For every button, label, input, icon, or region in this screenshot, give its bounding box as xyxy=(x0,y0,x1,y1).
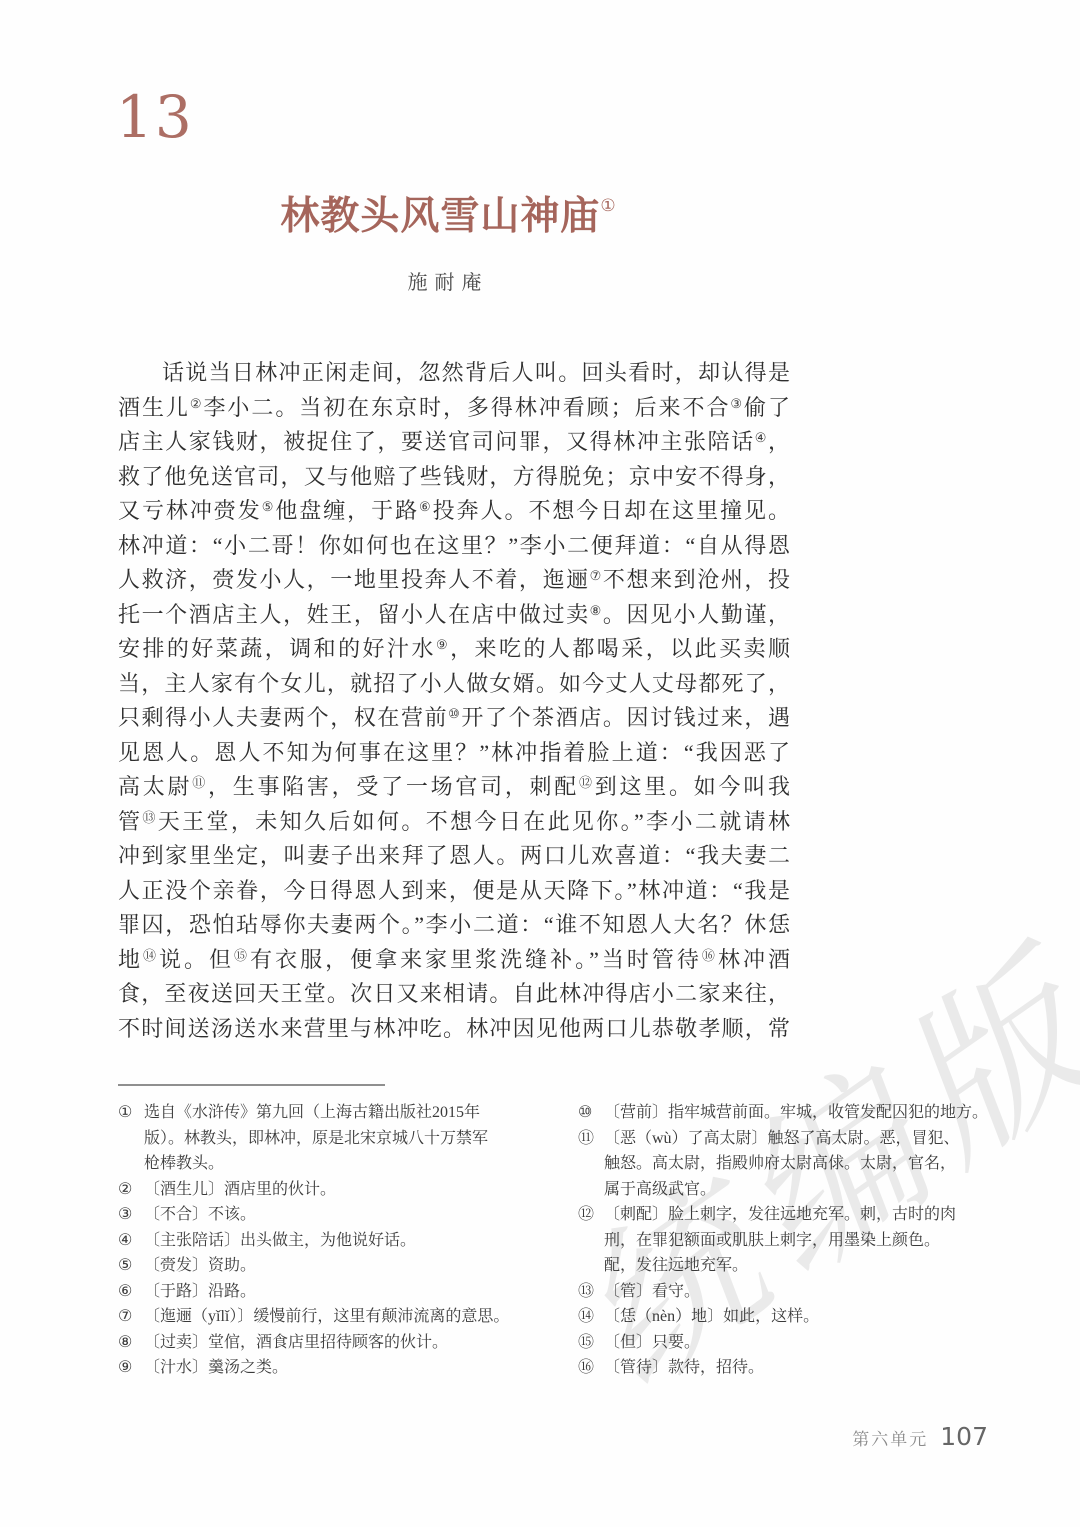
footnote-section: ①选自《水浒传》第九回（上海古籍出版社2015年版）。林教头，即林冲，原是北宋京… xyxy=(118,1100,998,1381)
body-line: 托一个酒店主人，姓王，留小人在店中做过卖⑧。因见小人勤谨， xyxy=(118,598,790,633)
body-line: 酒生儿②李小二。当初在东京时，多得林冲看顾；后来不合③偷了 xyxy=(118,391,790,426)
body-line: 人正没个亲眷，今日得恩人到来，便是从天降下。”林冲道：“我是 xyxy=(118,874,790,909)
footnote-number: ⑭ xyxy=(578,1304,604,1330)
footnote-number: ⑧ xyxy=(118,1330,144,1356)
footnote-divider xyxy=(118,1084,385,1086)
footnote-item: ⑥〔于路〕沿路。 xyxy=(118,1279,518,1305)
footnote-number: ⑪ xyxy=(578,1126,604,1152)
footnote-number: ⑫ xyxy=(578,1202,604,1228)
footnote-number: ② xyxy=(118,1177,144,1203)
footnote-text: 〔汁水〕羹汤之类。 xyxy=(144,1355,518,1381)
footnote-item: ⑭〔恁（nèn）地〕如此，这样。 xyxy=(578,1304,998,1330)
footnote-line: 〔但〕只要。 xyxy=(604,1330,998,1356)
footnote-line: 〔刺配〕脸上刺字，发往远地充军。刺，古时的肉 xyxy=(604,1202,998,1228)
footnote-number: ⑤ xyxy=(118,1253,144,1279)
footnote-line: 〔过卖〕堂倌，酒食店里招待顾客的伙计。 xyxy=(144,1330,518,1356)
footnote-item: ⑩〔营前〕指牢城营前面。牢城，收管发配囚犯的地方。 xyxy=(578,1100,998,1126)
footnote-line: 〔管待〕款待，招待。 xyxy=(604,1355,998,1381)
footnote-marker: ⑩ xyxy=(448,706,461,721)
footnote-marker: ⑨ xyxy=(436,637,450,652)
footnote-item: ⑫〔刺配〕脸上刺字，发往远地充军。刺，古时的肉刑，在罪犯额面或肌肤上刺字，用墨染… xyxy=(578,1202,998,1279)
footnote-number: ⑨ xyxy=(118,1355,144,1381)
footnote-line: 配，发往远地充军。 xyxy=(604,1253,998,1279)
body-line: 店主人家钱财，被捉住了，要送官司问罪，又得林冲主张陪话④， xyxy=(118,425,790,460)
footnote-text: 〔不合〕不该。 xyxy=(144,1202,518,1228)
page-footer: 第六单元 107 xyxy=(852,1422,988,1451)
footnote-number: ④ xyxy=(118,1228,144,1254)
body-text: 话说当日林冲正闲走间，忽然背后人叫。回头看时，却认得是酒生儿②李小二。当初在东京… xyxy=(118,356,790,1046)
footnote-line: 〔赍发〕资助。 xyxy=(144,1253,518,1279)
body-line: 又亏林冲赍发⑤他盘缠，于路⑥投奔人。不想今日却在这里撞见。 xyxy=(118,494,790,529)
footnote-text: 选自《水浒传》第九回（上海古籍出版社2015年版）。林教头，即林冲，原是北宋京城… xyxy=(144,1100,518,1177)
footnote-item: ⑨〔汁水〕羹汤之类。 xyxy=(118,1355,518,1381)
footnote-number: ③ xyxy=(118,1202,144,1228)
footnote-line: 〔汁水〕羹汤之类。 xyxy=(144,1355,518,1381)
footnote-marker: ⑬ xyxy=(142,810,157,825)
body-line: 食，至夜送回天王堂。次日又来相请。自此林冲得店小二家来往， xyxy=(118,977,790,1012)
footnote-text: 〔恶（wù）了高太尉〕触怒了高太尉。恶，冒犯、触怒。高太尉，指殿帅府太尉高俅。太… xyxy=(604,1126,998,1203)
footnote-text: 〔管待〕款待，招待。 xyxy=(604,1355,998,1381)
footnote-marker: ⑯ xyxy=(702,948,718,963)
footnote-marker: ⑧ xyxy=(590,603,603,618)
footnote-text: 〔赍发〕资助。 xyxy=(144,1253,518,1279)
footnote-text: 〔于路〕沿路。 xyxy=(144,1279,518,1305)
footnote-number: ⑯ xyxy=(578,1355,604,1381)
footnote-marker: ② xyxy=(190,396,204,411)
footnote-item: ④〔主张陪话〕出头做主，为他说好话。 xyxy=(118,1228,518,1254)
body-line: 当，主人家有个女儿，就招了小人做女婿。如今丈人丈母都死了， xyxy=(118,667,790,702)
lesson-title-text: 林教头风雪山神庙 xyxy=(280,195,600,238)
footnote-marker: ⑦ xyxy=(590,568,603,583)
footnote-text: 〔管〕看守。 xyxy=(604,1279,998,1305)
textbook-page: 统编版 13 林教头风雪山神庙① 施耐庵 话说当日林冲正闲走间，忽然背后人叫。回… xyxy=(0,0,1080,1527)
lesson-title: 林教头风雪山神庙① xyxy=(118,180,778,243)
body-line: 人救济，赍发小人，一地里投奔人不着，迤逦⑦不想来到沧州，投 xyxy=(118,563,790,598)
footnote-text: 〔酒生儿〕酒店里的伙计。 xyxy=(144,1177,518,1203)
footnote-text: 〔迤逦（yǐlǐ）〕缓慢前行，这里有颠沛流离的意思。 xyxy=(144,1304,518,1330)
body-line: 只剩得小人夫妻两个，权在营前⑩开了个茶酒店。因讨钱过来，遇 xyxy=(118,701,790,736)
body-line: 地⑭说。但⑮有衣服，便拿来家里浆洗缝补。”当时管待⑯林冲酒 xyxy=(118,943,790,978)
page-number: 107 xyxy=(940,1422,988,1451)
footnote-line: 〔主张陪话〕出头做主，为他说好话。 xyxy=(144,1228,518,1254)
footnote-text: 〔刺配〕脸上刺字，发往远地充军。刺，古时的肉刑，在罪犯额面或肌肤上刺字，用墨染上… xyxy=(604,1202,998,1279)
body-line: 安排的好菜蔬，调和的好汁水⑨，来吃的人都喝采，以此买卖顺 xyxy=(118,632,790,667)
footnote-marker: ⑥ xyxy=(419,499,433,514)
footnote-item: ①选自《水浒传》第九回（上海古籍出版社2015年版）。林教头，即林冲，原是北宋京… xyxy=(118,1100,518,1177)
body-line: 罪囚，恐怕玷辱你夫妻两个。”李小二道：“谁不知恩人大名？休恁 xyxy=(118,908,790,943)
body-line: 不时间送汤送水来营里与林冲吃。林冲因见他两口儿恭敬孝顺，常 xyxy=(118,1012,790,1047)
footnote-text: 〔营前〕指牢城营前面。牢城，收管发配囚犯的地方。 xyxy=(604,1100,998,1126)
footnote-marker: ⑤ xyxy=(262,499,276,514)
footnote-marker: ⑮ xyxy=(234,948,250,963)
footnote-line: 〔恶（wù）了高太尉〕触怒了高太尉。恶，冒犯、 xyxy=(604,1126,998,1152)
footnote-marker: ⑫ xyxy=(579,775,595,790)
footnote-line: 〔于路〕沿路。 xyxy=(144,1279,518,1305)
body-line: 高太尉⑪，生事陷害，受了一场官司，刺配⑫到这里。如今叫我 xyxy=(118,770,790,805)
footnote-text: 〔但〕只要。 xyxy=(604,1330,998,1356)
body-line: 见恩人。恩人不知为何事在这里？”林冲指着脸上道：“我因恶了 xyxy=(118,736,790,771)
footnote-marker: ⑭ xyxy=(143,948,159,963)
author-name: 施耐庵 xyxy=(118,266,778,295)
footnote-number: ⑩ xyxy=(578,1100,604,1126)
footnote-text: 〔恁（nèn）地〕如此，这样。 xyxy=(604,1304,998,1330)
body-line: 话说当日林冲正闲走间，忽然背后人叫。回头看时，却认得是 xyxy=(118,356,790,391)
body-line: 冲到家里坐定，叫妻子出来拜了恩人。两口儿欢喜道：“我夫妻二 xyxy=(118,839,790,874)
lesson-number: 13 xyxy=(116,88,194,146)
footnote-line: 属于高级武官。 xyxy=(604,1177,998,1203)
footnote-marker: ③ xyxy=(730,396,744,411)
footnote-item: ⑮〔但〕只要。 xyxy=(578,1330,998,1356)
footnote-item: ⑧〔过卖〕堂倌，酒食店里招待顾客的伙计。 xyxy=(118,1330,518,1356)
footnote-line: 触怒。高太尉，指殿帅府太尉高俅。太尉，官名， xyxy=(604,1151,998,1177)
footnote-line: 刑，在罪犯额面或肌肤上刺字，用墨染上颜色。 xyxy=(604,1228,998,1254)
footnote-line: 〔不合〕不该。 xyxy=(144,1202,518,1228)
footnote-number: ⑬ xyxy=(578,1279,604,1305)
unit-label: 第六单元 xyxy=(852,1425,928,1450)
footnote-line: 枪棒教头。 xyxy=(144,1151,518,1177)
title-footnote-ref: ① xyxy=(600,196,615,215)
footnote-line: 〔营前〕指牢城营前面。牢城，收管发配囚犯的地方。 xyxy=(604,1100,998,1126)
footnote-number: ⑥ xyxy=(118,1279,144,1305)
body-line: 救了他免送官司，又与他赔了些钱财，方得脱免；京中安不得身， xyxy=(118,460,790,495)
footnote-line: 〔酒生儿〕酒店里的伙计。 xyxy=(144,1177,518,1203)
footnote-item: ⑦〔迤逦（yǐlǐ）〕缓慢前行，这里有颠沛流离的意思。 xyxy=(118,1304,518,1330)
footnote-number: ① xyxy=(118,1100,144,1126)
footnote-marker: ④ xyxy=(755,430,768,445)
footnote-line: 〔管〕看守。 xyxy=(604,1279,998,1305)
footnote-number: ⑦ xyxy=(118,1304,144,1330)
body-line: 管⑬天王堂，未知久后如何。不想今日在此见你。”李小二就请林 xyxy=(118,805,790,840)
footnote-number: ⑮ xyxy=(578,1330,604,1356)
footnote-item: ②〔酒生儿〕酒店里的伙计。 xyxy=(118,1177,518,1203)
footnote-column-right: ⑩〔营前〕指牢城营前面。牢城，收管发配囚犯的地方。⑪〔恶（wù）了高太尉〕触怒了… xyxy=(578,1100,998,1381)
footnote-marker: ⑪ xyxy=(192,775,208,790)
footnote-item: ⑬〔管〕看守。 xyxy=(578,1279,998,1305)
footnote-line: 〔恁（nèn）地〕如此，这样。 xyxy=(604,1304,998,1330)
footnote-item: ⑯〔管待〕款待，招待。 xyxy=(578,1355,998,1381)
footnote-line: 〔迤逦（yǐlǐ）〕缓慢前行，这里有颠沛流离的意思。 xyxy=(144,1304,518,1330)
body-line: 林冲道：“小二哥！你如何也在这里？”李小二便拜道：“自从得恩 xyxy=(118,529,790,564)
footnote-line: 版）。林教头，即林冲，原是北宋京城八十万禁军 xyxy=(144,1126,518,1152)
footnote-text: 〔过卖〕堂倌，酒食店里招待顾客的伙计。 xyxy=(144,1330,518,1356)
footnote-column-left: ①选自《水浒传》第九回（上海古籍出版社2015年版）。林教头，即林冲，原是北宋京… xyxy=(118,1100,518,1381)
footnote-line: 选自《水浒传》第九回（上海古籍出版社2015年 xyxy=(144,1100,518,1126)
footnote-text: 〔主张陪话〕出头做主，为他说好话。 xyxy=(144,1228,518,1254)
footnote-item: ⑤〔赍发〕资助。 xyxy=(118,1253,518,1279)
footnote-item: ⑪〔恶（wù）了高太尉〕触怒了高太尉。恶，冒犯、触怒。高太尉，指殿帅府太尉高俅。… xyxy=(578,1126,998,1203)
footnote-item: ③〔不合〕不该。 xyxy=(118,1202,518,1228)
